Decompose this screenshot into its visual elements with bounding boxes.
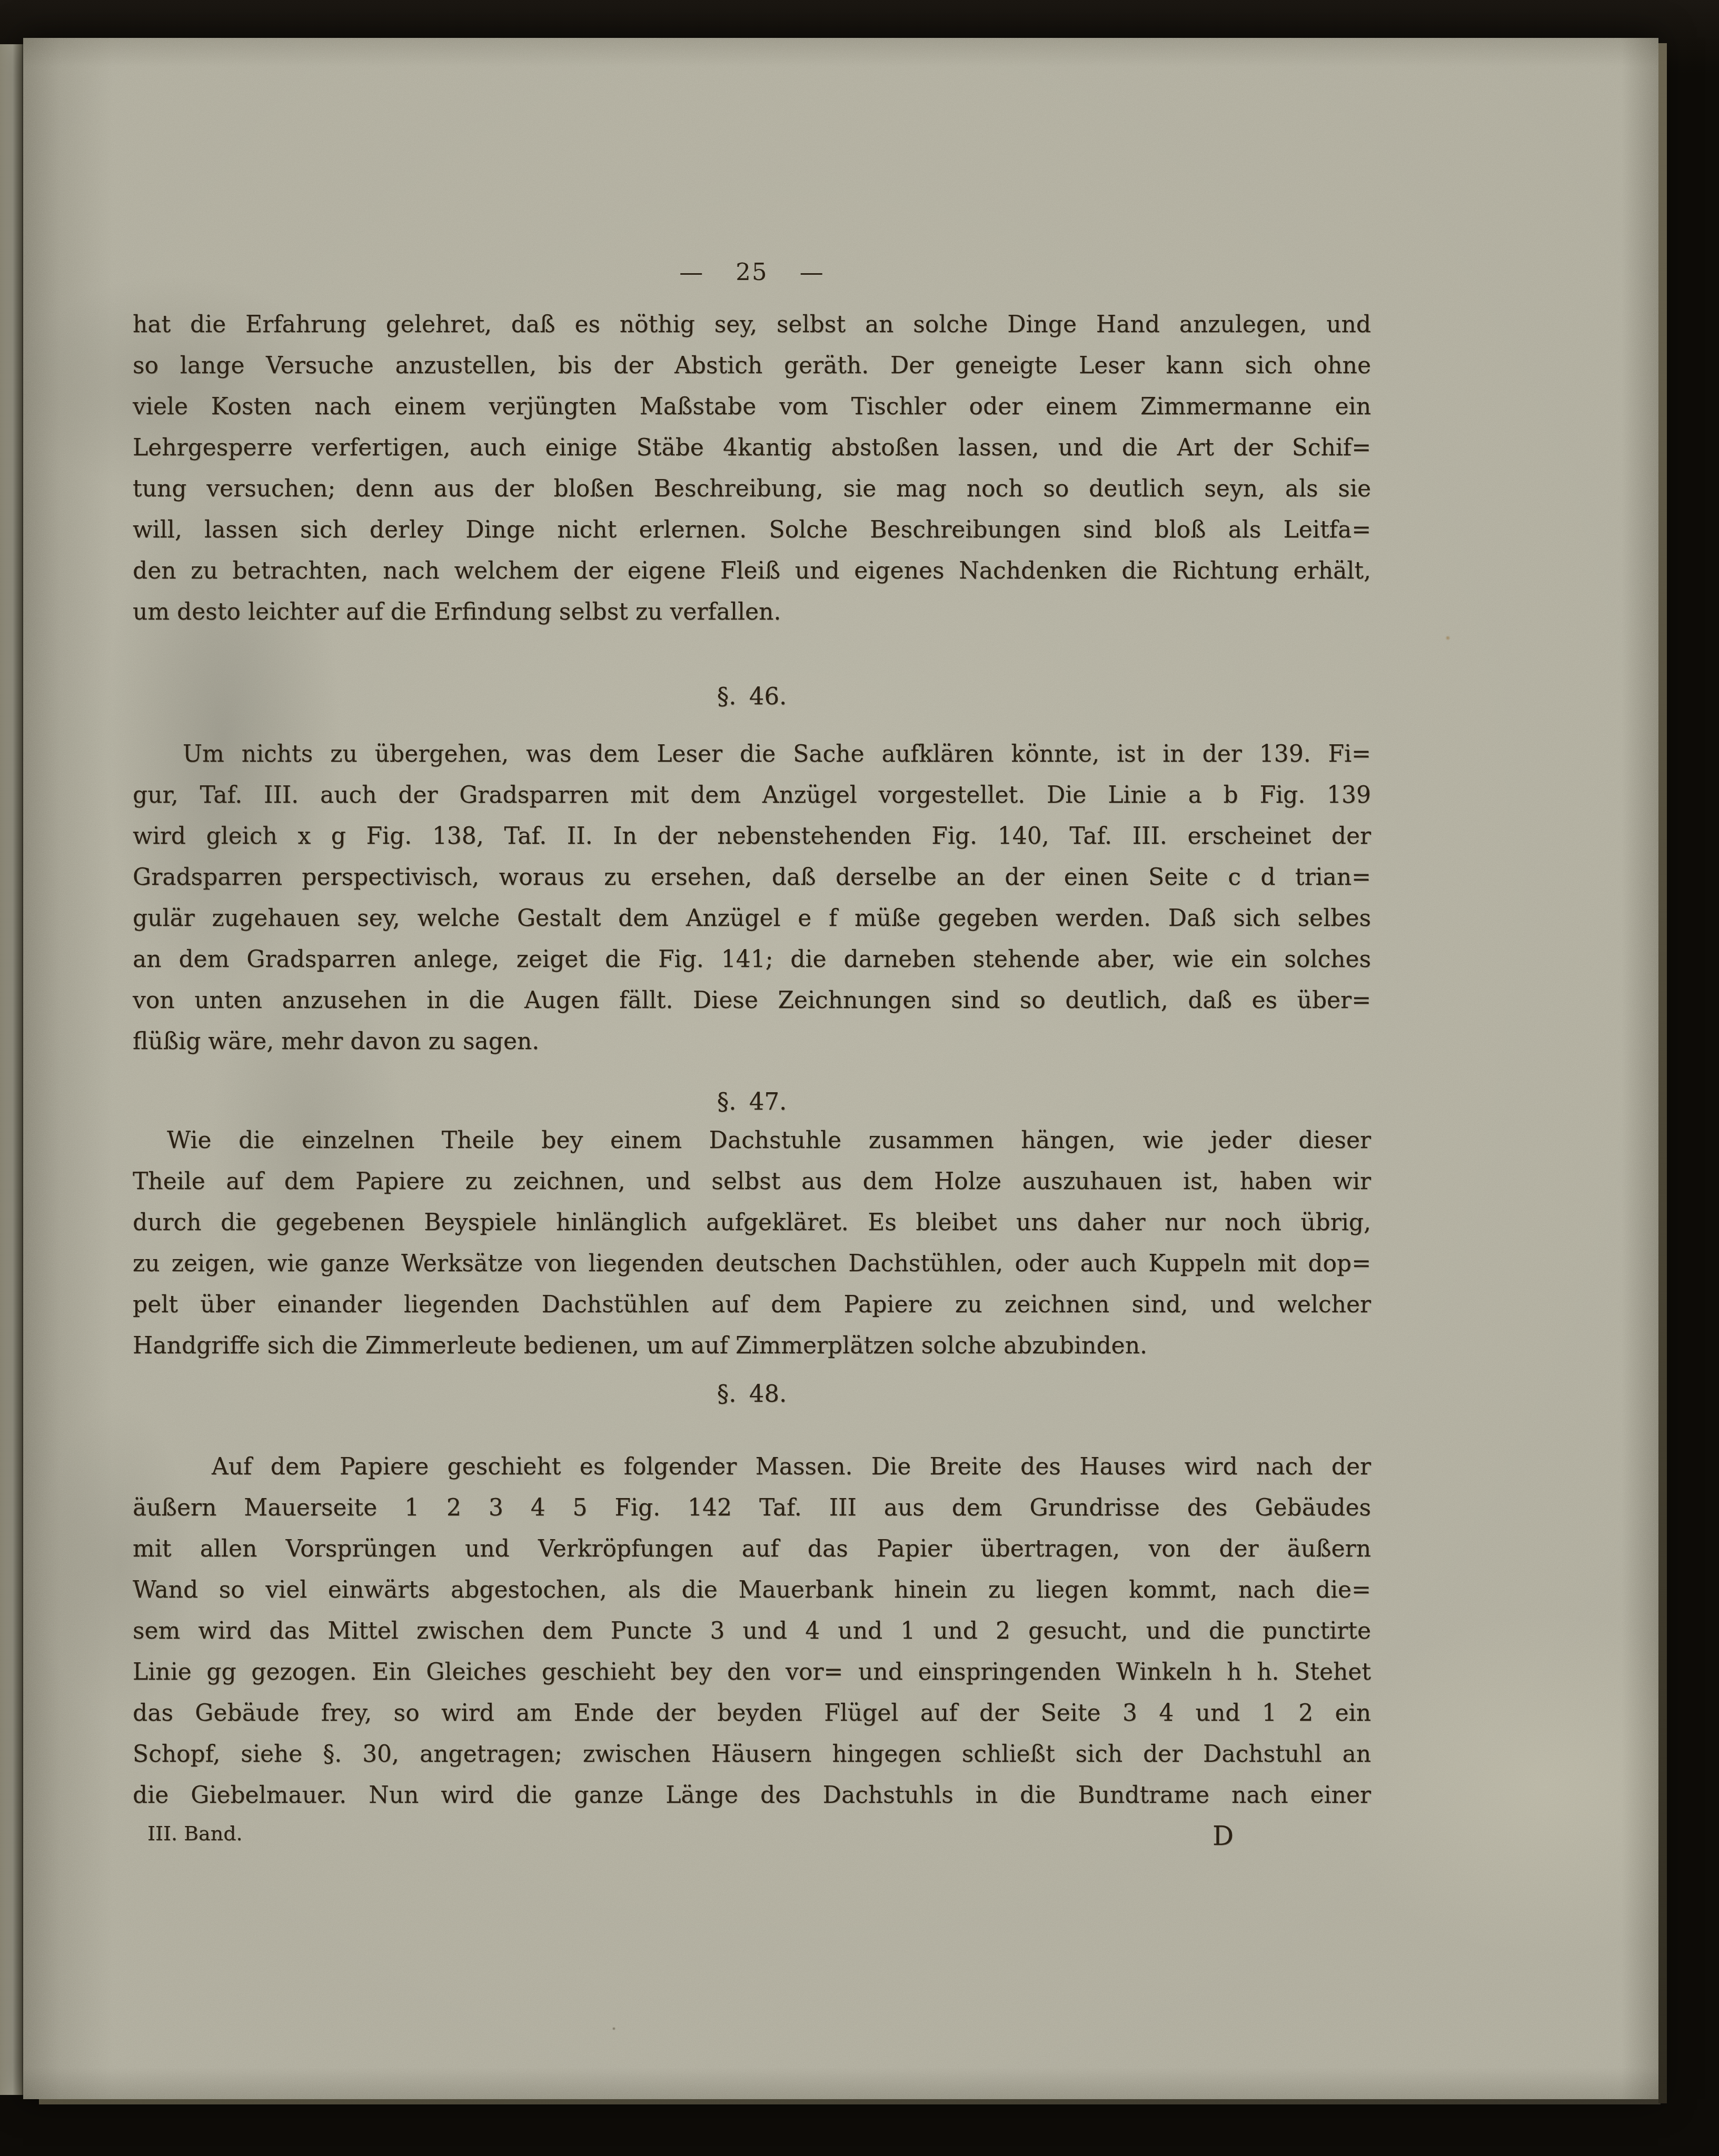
- text-column: —25— hat die Erfahrung gelehret, daß es …: [133, 38, 1371, 2099]
- volume-label: III. Band.: [147, 1818, 243, 1849]
- text-line: Schopf, siehe §. 30, angetragen; zwische…: [133, 1734, 1371, 1775]
- page-number: 25: [736, 258, 768, 286]
- text-line: äußern Mauerseite 1 2 3 4 5 Fig. 142 Taf…: [133, 1488, 1371, 1529]
- text-line: gulär zugehauen sey, welche Gestalt dem …: [133, 898, 1371, 939]
- page-header: —25—: [133, 254, 1371, 291]
- text-line: flüßig wäre, mehr davon zu sagen.: [133, 1021, 1371, 1062]
- text-line: wird gleich x g Fig. 138, Taf. II. In de…: [133, 816, 1371, 857]
- paragraph-intro: hat die Erfahrung gelehret, daß es nöthi…: [133, 304, 1371, 633]
- text-line: Wand so viel einwärts abgestochen, als d…: [133, 1570, 1371, 1611]
- section-heading-47: §. 47.: [133, 1081, 1371, 1122]
- page-paper: —25— hat die Erfahrung gelehret, daß es …: [23, 38, 1658, 2099]
- text-line: um desto leichter auf die Erfindung selb…: [133, 592, 1371, 633]
- section-heading-48: §. 48.: [133, 1373, 1371, 1414]
- scanned-book-page: —25— hat die Erfahrung gelehret, daß es …: [0, 0, 1719, 2156]
- text-line: von unten anzusehen in die Augen fällt. …: [133, 980, 1371, 1021]
- text-line: Um nichts zu übergehen, was dem Leser di…: [133, 734, 1371, 775]
- book-gutter-edge: [0, 44, 23, 2095]
- text-line: die Giebelmauer. Nun wird die ganze Läng…: [133, 1775, 1371, 1816]
- text-line: tung versuchen; denn aus der bloßen Besc…: [133, 468, 1371, 510]
- section-48-paragraph: Auf dem Papiere geschieht es folgender M…: [133, 1446, 1371, 1816]
- text-line: pelt über einander liegenden Dachstühlen…: [133, 1284, 1371, 1325]
- text-line: Lehrgesperre verfertigen, auch einige St…: [133, 427, 1371, 468]
- text-line: Handgriffe sich die Zimmerleute bedienen…: [133, 1325, 1371, 1366]
- text-line: an dem Gradsparren anlege, zeiget die Fi…: [133, 939, 1371, 980]
- catchword: D: [1194, 1819, 1252, 1853]
- text-line: Auf dem Papiere geschieht es folgender M…: [133, 1446, 1371, 1488]
- text-line: zu zeigen, wie ganze Werksätze von liege…: [133, 1243, 1371, 1284]
- header-dash-right: —: [800, 258, 824, 286]
- text-line: will, lassen sich derley Dinge nicht erl…: [133, 510, 1371, 551]
- text-line: hat die Erfahrung gelehret, daß es nöthi…: [133, 304, 1371, 345]
- text-line: Theile auf dem Papiere zu zeichnen, und …: [133, 1161, 1371, 1202]
- section-47-paragraph: Wie die einzelnen Theile bey einem Dachs…: [133, 1120, 1371, 1366]
- header-dash-left: —: [679, 258, 704, 286]
- text-line: den zu betrachten, nach welchem der eige…: [133, 551, 1371, 592]
- text-line: sem wird das Mittel zwischen dem Puncte …: [133, 1611, 1371, 1652]
- text-line: das Gebäude frey, so wird am Ende der be…: [133, 1693, 1371, 1734]
- text-line: Linie gg gezogen. Ein Gleiches geschieht…: [133, 1652, 1371, 1693]
- text-line: mit allen Vorsprüngen und Verkröpfungen …: [133, 1529, 1371, 1570]
- text-line: viele Kosten nach einem verjüngten Maßst…: [133, 386, 1371, 427]
- text-line: so lange Versuche anzustellen, bis der A…: [133, 345, 1371, 386]
- text-line: gur, Taf. III. auch der Gradsparren mit …: [133, 775, 1371, 816]
- text-line: Wie die einzelnen Theile bey einem Dachs…: [133, 1120, 1371, 1161]
- text-line: durch die gegebenen Beyspiele hinlänglic…: [133, 1202, 1371, 1243]
- section-heading-46: §. 46.: [133, 676, 1371, 717]
- text-line: Gradsparren perspectivisch, woraus zu er…: [133, 857, 1371, 898]
- section-46-paragraph: Um nichts zu übergehen, was dem Leser di…: [133, 734, 1371, 1062]
